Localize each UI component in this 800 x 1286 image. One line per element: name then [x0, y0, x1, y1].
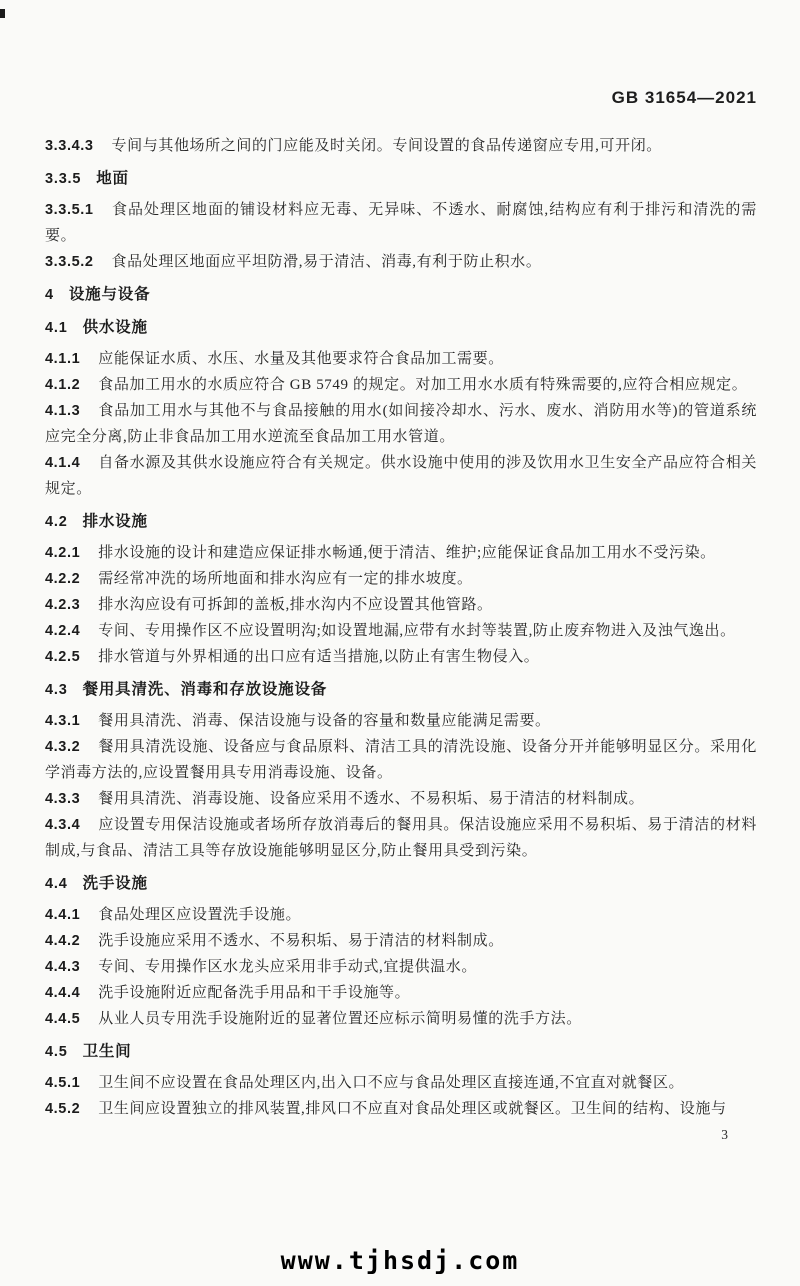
watermark-url: www.tjhsdj.com	[281, 1246, 520, 1275]
clause-number: 4.5.1	[45, 1075, 80, 1091]
clause-text: 专间、专用操作区不应设置明沟;如设置地漏,应带有水封等装置,防止废弃物进入及浊气…	[98, 623, 735, 639]
section-heading: 4.2排水设施	[45, 509, 757, 535]
clause-text: 食品处理区地面的铺设材料应无毒、无异味、不透水、耐腐蚀,结构应有利于排污和清洗的…	[45, 202, 757, 244]
clause-text: 食品处理区地面应平坦防滑,易于清洁、消毒,有利于防止积水。	[112, 254, 542, 270]
clause-paragraph: 4.5.1卫生间不应设置在食品处理区内,出入口不应与食品处理区直接连通,不宜直对…	[45, 1070, 757, 1096]
clause-text: 专间与其他场所之间的门应能及时关闭。专间设置的食品传递窗应专用,可开闭。	[112, 138, 662, 154]
clause-text: 卫生间不应设置在食品处理区内,出入口不应与食品处理区直接连通,不宜直对就餐区。	[98, 1075, 684, 1091]
section-number: 4.4	[45, 876, 68, 892]
clause-number: 4.4.1	[45, 907, 80, 923]
section-heading: 4.5卫生间	[45, 1039, 757, 1065]
clause-paragraph: 4.1.1应能保证水质、水压、水量及其他要求符合食品加工需要。	[45, 346, 757, 372]
section-number: 4.5	[45, 1044, 68, 1060]
clause-paragraph: 4.4.5从业人员专用洗手设施附近的显著位置还应标示简明易懂的洗手方法。	[45, 1006, 757, 1032]
clause-paragraph: 4.2.1排水设施的设计和建造应保证排水畅通,便于清洁、维护;应能保证食品加工用…	[45, 540, 757, 566]
section-title: 餐用具清洗、消毒和存放设施设备	[83, 681, 328, 698]
clause-text: 食品处理区应设置洗手设施。	[98, 907, 301, 923]
page-footer: www.tjhsdj.com	[0, 1246, 800, 1275]
clause-paragraph: 4.3.4应设置专用保洁设施或者场所存放消毒后的餐用具。保洁设施应采用不易积垢、…	[45, 812, 757, 864]
clause-number: 4.2.3	[45, 597, 80, 613]
clause-text: 应设置专用保洁设施或者场所存放消毒后的餐用具。保洁设施应采用不易积垢、易于清洁的…	[45, 817, 757, 859]
section-number: 4.3	[45, 682, 68, 698]
clause-text: 洗手设施附近应配备洗手用品和干手设施等。	[98, 985, 410, 1001]
clause-text: 自备水源及其供水设施应符合有关规定。供水设施中使用的涉及饮用水卫生安全产品应符合…	[45, 455, 757, 497]
clause-paragraph: 4.1.4自备水源及其供水设施应符合有关规定。供水设施中使用的涉及饮用水卫生安全…	[45, 450, 757, 502]
clause-number: 4.1.1	[45, 351, 80, 367]
section-heading: 4.4洗手设施	[45, 871, 757, 897]
clause-paragraph: 4.3.1餐用具清洗、消毒、保洁设施与设备的容量和数量应能满足需要。	[45, 708, 757, 734]
document-page: GB 31654—2021 3.3.4.3专间与其他场所之间的门应能及时关闭。专…	[0, 0, 800, 1286]
section-number: 4.2	[45, 514, 68, 530]
clause-number: 4.1.2	[45, 377, 80, 393]
clause-paragraph: 4.1.2食品加工用水的水质应符合 GB 5749 的规定。对加工用水水质有特殊…	[45, 372, 757, 398]
clause-number: 3.3.4.3	[45, 138, 94, 154]
clause-number: 4.4.2	[45, 933, 80, 949]
clause-number: 3.3.5.1	[45, 202, 94, 218]
clause-paragraph: 4.4.4洗手设施附近应配备洗手用品和干手设施等。	[45, 980, 757, 1006]
clause-paragraph: 4.4.1食品处理区应设置洗手设施。	[45, 902, 757, 928]
clause-paragraph: 4.5.2卫生间应设置独立的排风装置,排风口不应直对食品处理区或就餐区。卫生间的…	[45, 1096, 757, 1122]
section-title: 卫生间	[83, 1043, 132, 1060]
clause-text: 需经常冲洗的场所地面和排水沟应有一定的排水坡度。	[98, 571, 472, 587]
clause-number: 4.2.4	[45, 623, 80, 639]
clause-paragraph: 4.3.2餐用具清洗设施、设备应与食品原料、清洁工具的清洗设施、设备分开并能够明…	[45, 734, 757, 786]
section-heading: 4.3餐用具清洗、消毒和存放设施设备	[45, 677, 757, 703]
section-title: 排水设施	[83, 513, 148, 530]
clause-number: 4.3.3	[45, 791, 80, 807]
clause-text: 排水管道与外界相通的出口应有适当措施,以防止有害生物侵入。	[98, 649, 539, 665]
clause-number: 4.1.4	[45, 455, 80, 471]
clause-text: 餐用具清洗、消毒设施、设备应采用不透水、不易积垢、易于清洁的材料制成。	[98, 791, 644, 807]
clause-text: 专间、专用操作区水龙头应采用非手动式,宜提供温水。	[98, 959, 477, 975]
clause-number: 4.3.4	[45, 817, 80, 833]
clause-number: 4.4.4	[45, 985, 80, 1001]
clause-text: 排水设施的设计和建造应保证排水畅通,便于清洁、维护;应能保证食品加工用水不受污染…	[98, 545, 716, 561]
clause-paragraph: 3.3.5.2食品处理区地面应平坦防滑,易于清洁、消毒,有利于防止积水。	[45, 249, 757, 275]
section-title: 地面	[96, 170, 129, 187]
clause-text: 从业人员专用洗手设施附近的显著位置还应标示简明易懂的洗手方法。	[98, 1011, 582, 1027]
section-number: 3.3.5	[45, 171, 81, 187]
clause-number: 4.4.3	[45, 959, 80, 975]
clause-number: 3.3.5.2	[45, 254, 94, 270]
clause-number: 4.5.2	[45, 1101, 80, 1117]
clause-paragraph: 3.3.4.3专间与其他场所之间的门应能及时关闭。专间设置的食品传递窗应专用,可…	[45, 133, 757, 159]
clause-text: 排水沟应设有可拆卸的盖板,排水沟内不应设置其他管路。	[98, 597, 492, 613]
clause-text: 应能保证水质、水压、水量及其他要求符合食品加工需要。	[98, 351, 504, 367]
clause-paragraph: 4.2.4专间、专用操作区不应设置明沟;如设置地漏,应带有水封等装置,防止废弃物…	[45, 618, 757, 644]
clause-number: 4.3.2	[45, 739, 80, 755]
clause-paragraph: 4.4.3专间、专用操作区水龙头应采用非手动式,宜提供温水。	[45, 954, 757, 980]
page-number: 3	[45, 1127, 757, 1143]
clause-paragraph: 4.4.2洗手设施应采用不透水、不易积垢、易于清洁的材料制成。	[45, 928, 757, 954]
clause-number: 4.2.5	[45, 649, 80, 665]
page-header: GB 31654—2021	[45, 88, 757, 109]
clause-text: 洗手设施应采用不透水、不易积垢、易于清洁的材料制成。	[98, 933, 504, 949]
clause-number: 4.2.1	[45, 545, 80, 561]
document-body: 3.3.4.3专间与其他场所之间的门应能及时关闭。专间设置的食品传递窗应专用,可…	[45, 133, 757, 1122]
clause-paragraph: 4.2.5排水管道与外界相通的出口应有适当措施,以防止有害生物侵入。	[45, 644, 757, 670]
standard-number: GB 31654—2021	[612, 88, 757, 107]
clause-number: 4.1.3	[45, 403, 80, 419]
section-heading: 3.3.5地面	[45, 166, 757, 192]
section-title: 供水设施	[83, 319, 148, 336]
clause-number: 4.4.5	[45, 1011, 80, 1027]
clause-paragraph: 3.3.5.1食品处理区地面的铺设材料应无毒、无异味、不透水、耐腐蚀,结构应有利…	[45, 197, 757, 249]
clause-paragraph: 4.2.3排水沟应设有可拆卸的盖板,排水沟内不应设置其他管路。	[45, 592, 757, 618]
clause-number: 4.3.1	[45, 713, 80, 729]
clause-paragraph: 4.2.2需经常冲洗的场所地面和排水沟应有一定的排水坡度。	[45, 566, 757, 592]
clause-paragraph: 4.1.3食品加工用水与其他不与食品接触的用水(如间接冷却水、污水、废水、消防用…	[45, 398, 757, 450]
section-number: 4	[45, 287, 54, 303]
scan-artifact-mark	[0, 9, 5, 18]
section-title: 设施与设备	[69, 286, 151, 303]
clause-number: 4.2.2	[45, 571, 80, 587]
section-heading: 4.1供水设施	[45, 315, 757, 341]
clause-paragraph: 4.3.3餐用具清洗、消毒设施、设备应采用不透水、不易积垢、易于清洁的材料制成。	[45, 786, 757, 812]
section-heading: 4设施与设备	[45, 282, 757, 308]
clause-text: 餐用具清洗、消毒、保洁设施与设备的容量和数量应能满足需要。	[98, 713, 550, 729]
clause-text: 食品加工用水的水质应符合 GB 5749 的规定。对加工用水水质有特殊需要的,应…	[98, 377, 747, 393]
clause-text: 食品加工用水与其他不与食品接触的用水(如间接冷却水、污水、废水、消防用水等)的管…	[45, 403, 757, 445]
clause-text: 餐用具清洗设施、设备应与食品原料、清洁工具的清洗设施、设备分开并能够明显区分。采…	[45, 739, 757, 781]
section-title: 洗手设施	[83, 875, 148, 892]
section-number: 4.1	[45, 320, 68, 336]
clause-text: 卫生间应设置独立的排风装置,排风口不应直对食品处理区或就餐区。卫生间的结构、设施…	[98, 1101, 726, 1117]
